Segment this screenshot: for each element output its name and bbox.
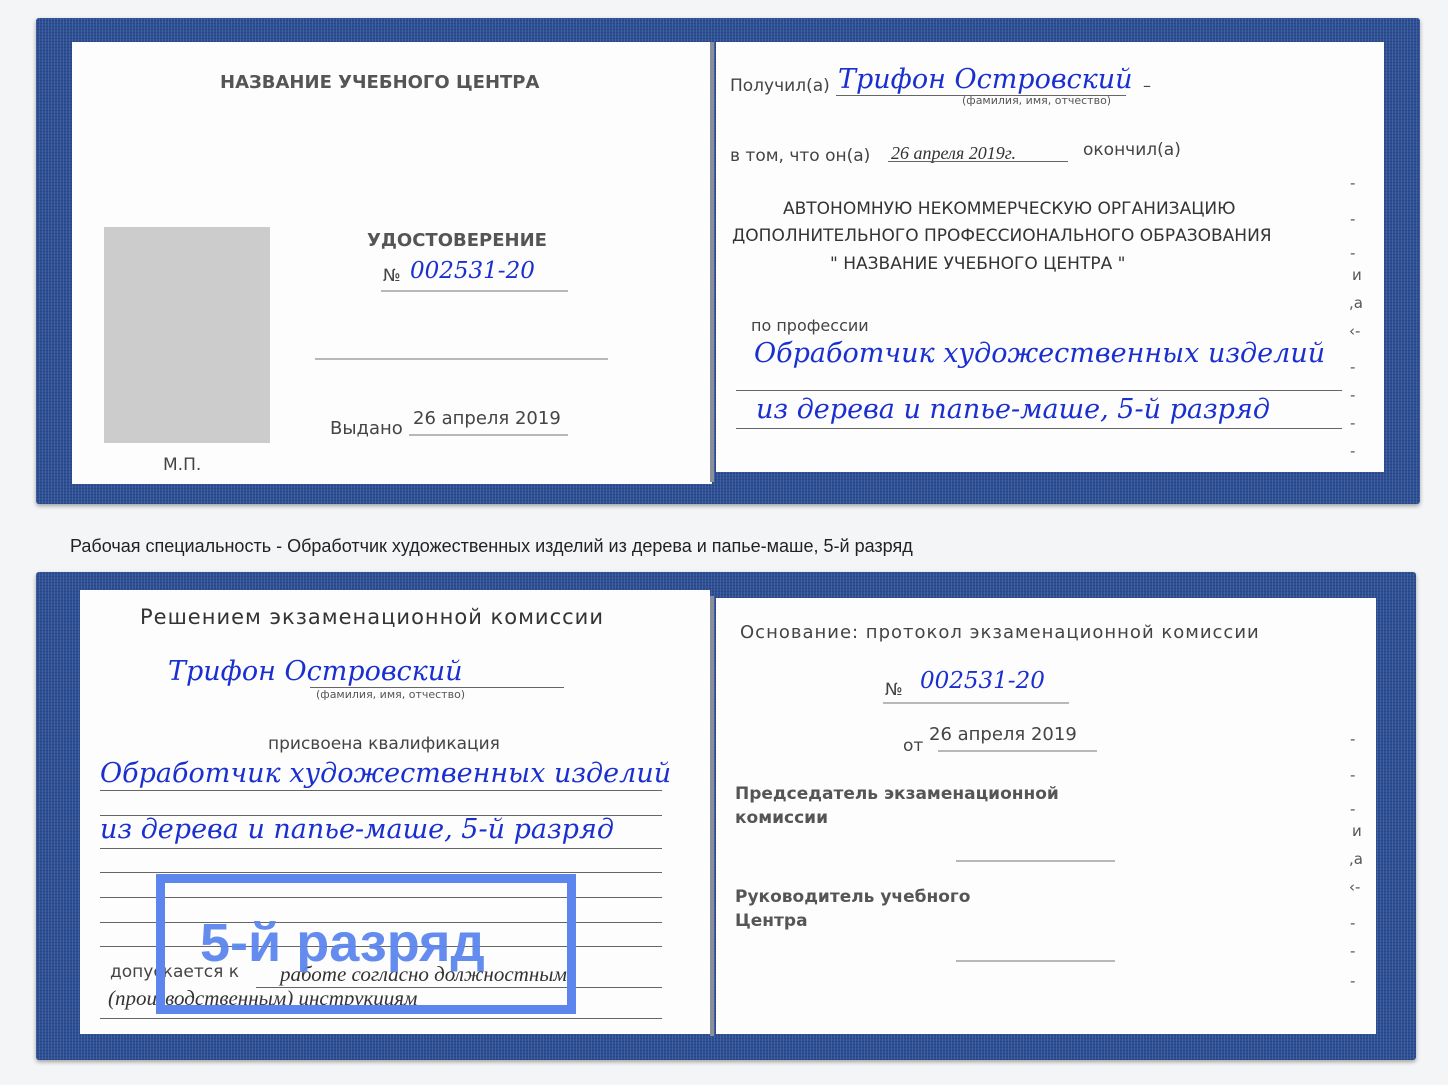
organization-line-2: ДОПОЛНИТЕЛЬНОГО ПРОФЕССИОНАЛЬНОГО ОБРАЗО… [732, 226, 1272, 246]
certificate-spine [710, 42, 714, 482]
document-title: УДОСТОВЕРЕНИЕ [367, 230, 547, 251]
profession-underline-1 [736, 390, 1342, 391]
protocol-number: 002531-20 [920, 668, 1045, 694]
edge-mark: - [1350, 210, 1355, 228]
completion-date-underline [888, 161, 1068, 162]
edge-mark: - [1350, 244, 1355, 262]
specialty-caption: Рабочая специальность - Обработчик худож… [70, 532, 1110, 560]
that-label: в том, что он(а) [730, 146, 870, 166]
edge-mark: - [1350, 358, 1355, 376]
protocol-number-label: № [885, 680, 903, 700]
recipient-name: Трифон Островский [838, 64, 1133, 95]
head-signature-line [956, 960, 1115, 962]
profession-label: по профессии [751, 316, 869, 335]
dash-mark: – [1143, 76, 1151, 95]
edge-mark: ‹- [1349, 322, 1360, 340]
issued-date: 26 апреля 2019 [413, 408, 561, 429]
certificate-number: 002531-20 [410, 258, 535, 284]
edge-mark: - [1350, 972, 1355, 990]
edge-mark: - [1350, 414, 1355, 432]
profession-underline-2 [736, 428, 1342, 429]
organization-line-1: АВТОНОМНУЮ НЕКОММЕРЧЕСКУЮ ОРГАНИЗАЦИЮ [783, 199, 1235, 219]
protocol-number-underline [883, 702, 1069, 704]
profession-line-1: Обработчик художественных изделий [754, 338, 1325, 369]
admitted-underline-2 [100, 1018, 662, 1019]
edge-mark: ‹- [1349, 878, 1360, 896]
photo-placeholder [104, 227, 270, 443]
chairman-label-line-2: комиссии [735, 808, 828, 828]
grade-stamp-text: 5-й разряд [200, 912, 485, 974]
assigned-label: присвоена квалификация [268, 734, 500, 754]
decision-label: Решением экзаменационной комиссии [140, 605, 604, 629]
organization-line-3: " НАЗВАНИЕ УЧЕБНОГО ЦЕНТРА " [830, 254, 1125, 274]
received-label: Получил(а) [730, 76, 830, 96]
edge-mark: - [1350, 914, 1355, 932]
edge-mark: - [1350, 386, 1355, 404]
edge-mark: - [1350, 766, 1355, 784]
blank-signature-line [315, 358, 608, 360]
edge-mark: - [1350, 730, 1355, 748]
protocol-date-underline [938, 750, 1097, 752]
chairman-label-line-1: Председатель экзаменационной [735, 784, 1059, 804]
issued-underline [409, 434, 568, 436]
fio-hint: (фамилия, имя, отчество) [962, 94, 1111, 107]
qualification-underline-1 [100, 790, 662, 791]
qualified-name: Трифон Островский [168, 656, 463, 687]
protocol-date: 26 апреля 2019 [929, 724, 1077, 745]
qualification-line-2: из дерева и папье-маше, 5-й разряд [100, 814, 614, 845]
fio-hint-bottom: (фамилия, имя, отчество) [316, 688, 465, 701]
finished-label: окончил(а) [1083, 140, 1181, 160]
seal-label: М.П. [163, 455, 201, 475]
edge-mark: ,а [1349, 294, 1363, 312]
qualification-spine [710, 596, 714, 1036]
number-label: № [383, 266, 401, 286]
edge-mark: - [1350, 800, 1355, 818]
profession-line-2: из дерева и папье-маше, 5-й разряд [756, 394, 1270, 425]
chairman-signature-line [956, 860, 1115, 862]
head-label-line-1: Руководитель учебного [735, 887, 970, 907]
number-underline [381, 290, 568, 292]
blank-line [100, 848, 662, 849]
from-label: от [903, 736, 923, 756]
head-label-line-2: Центра [735, 911, 808, 931]
edge-mark: ,а [1349, 850, 1363, 868]
edge-mark: - [1350, 442, 1355, 460]
training-center-name: НАЗВАНИЕ УЧЕБНОГО ЦЕНТРА [220, 72, 539, 93]
edge-mark: и [1352, 266, 1362, 284]
edge-mark: и [1352, 822, 1362, 840]
edge-mark: - [1350, 174, 1355, 192]
issued-label: Выдано [330, 418, 403, 439]
edge-mark: - [1350, 942, 1355, 960]
qualification-line-1: Обработчик художественных изделий [100, 758, 671, 789]
blank-line [100, 872, 662, 873]
basis-label: Основание: протокол экзаменационной коми… [740, 622, 1260, 643]
